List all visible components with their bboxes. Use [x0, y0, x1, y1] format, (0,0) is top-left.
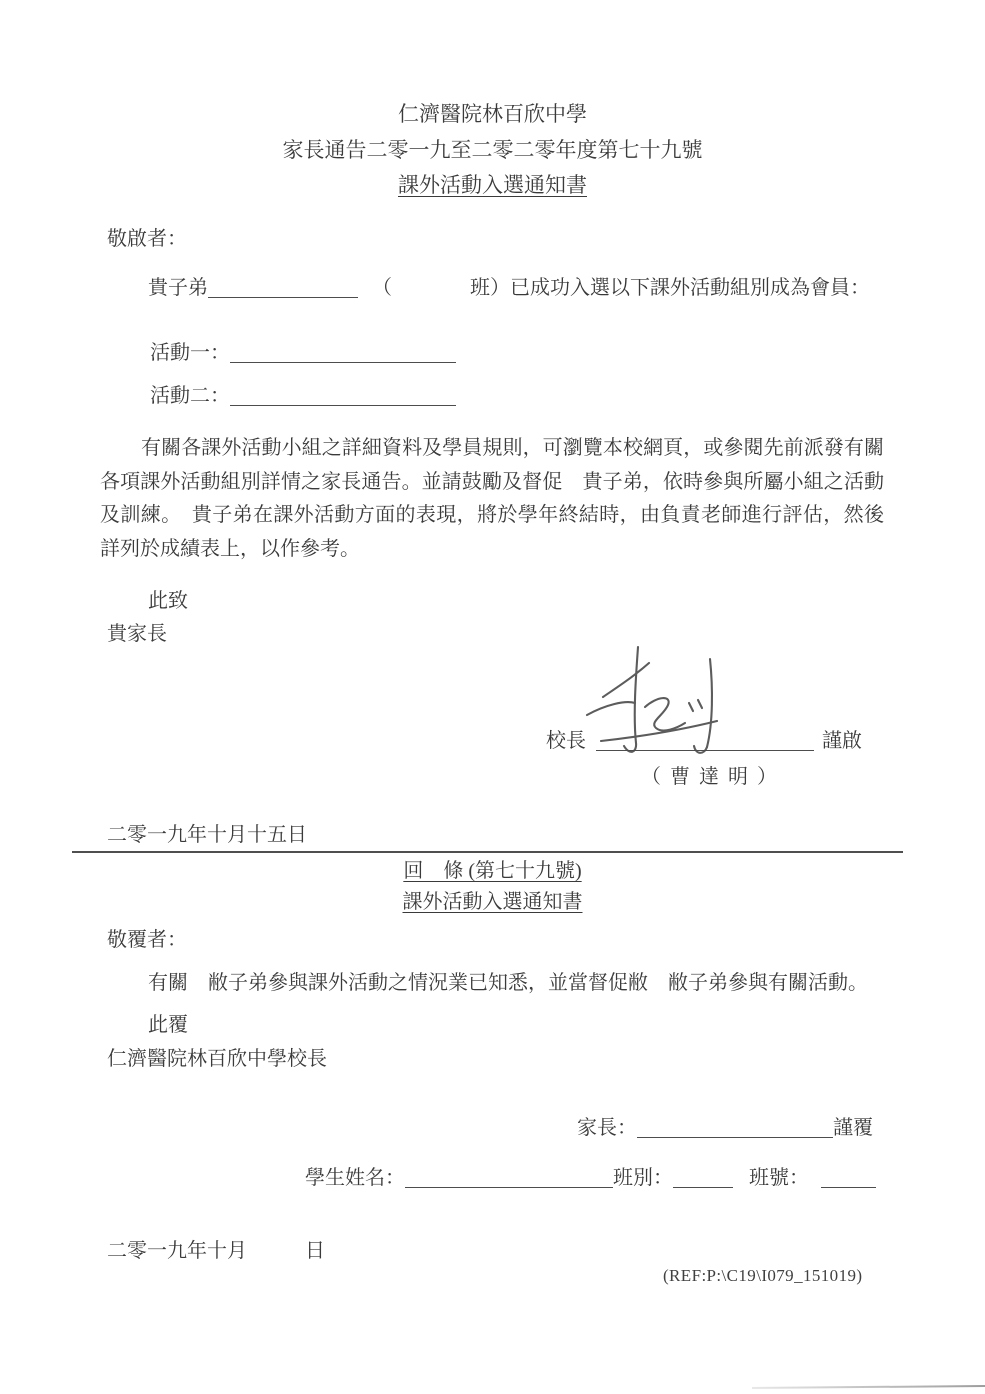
reply-heading-line2: 課外活動入選通知書 [0, 889, 985, 915]
child-label: 貴子弟 [148, 277, 208, 299]
reply-date-line: 二零一九年十月日 [107, 1238, 325, 1264]
activity-one-label: 活動一： [150, 342, 230, 364]
principal-signature-field [596, 746, 814, 751]
principal-name: （ 曹 達 明 ） [600, 764, 820, 790]
child-intro-line: 貴子弟（班）已成功入選以下課外活動組別成為會員： [148, 275, 870, 301]
principal-respectful-close: 謹啟 [822, 730, 862, 752]
notice-title: 課外活動入選通知書 [398, 173, 587, 197]
intro-after-class: 班）已成功入選以下課外活動組別成為會員： [470, 277, 870, 299]
class-label: 班別： [613, 1167, 673, 1189]
reply-class-number-field [821, 1183, 876, 1188]
class-paren-open: （ [372, 277, 392, 299]
salutation-text: 敬啟者： [107, 226, 187, 252]
scan-artifact-line [752, 1385, 985, 1389]
school-name: 仁濟醫院林百欣中學 [0, 101, 985, 128]
reply-student-name-field [405, 1183, 613, 1188]
student-info-line: 學生姓名：班別：班號： [305, 1165, 876, 1191]
reply-heading-line1: 回 條 (第七十九號) [0, 858, 985, 884]
reply-salutation: 敬覆者： [107, 927, 187, 953]
student-name-label: 學生姓名： [305, 1167, 405, 1189]
reply-heading-text1: 回 條 (第七十九號) [403, 860, 581, 882]
class-number-label: 班號： [749, 1167, 809, 1189]
body-paragraph: 有關各課外活動小組之詳細資料及學員規則，可瀏覽本校網頁，或參閱先前派發有關各項課… [100, 432, 884, 566]
reply-date-suffix: 日 [305, 1240, 325, 1262]
activity-two-field [230, 401, 456, 406]
notice-title-line: 課外活動入選通知書 [0, 172, 985, 199]
reply-heading-text2: 課外活動入選通知書 [403, 891, 583, 913]
reply-addressee: 仁濟醫院林百欣中學校長 [107, 1046, 327, 1072]
document-page: 仁濟醫院林百欣中學 家長通告二零一九至二零二零年度第七十九號 課外活動入選通知書… [0, 0, 985, 1394]
parent-signature-line: 家長：謹覆 [577, 1115, 873, 1141]
student-name-field [208, 293, 358, 298]
issue-date: 二零一九年十月十五日 [107, 822, 307, 848]
closing-recipient: 貴家長 [107, 621, 167, 647]
principal-role-label: 校長 [546, 730, 586, 752]
reply-class-field [673, 1183, 733, 1188]
parent-respectful-close: 謹覆 [833, 1117, 873, 1139]
closing-phrase: 此致 [148, 588, 188, 614]
activity-two-label: 活動二： [150, 385, 230, 407]
ref-code: (REF:P:\C19\I079_151019) [663, 1266, 862, 1286]
parent-label: 家長： [577, 1117, 637, 1139]
reply-date-prefix: 二零一九年十月 [107, 1240, 247, 1262]
reply-closing-phrase: 此覆 [148, 1012, 188, 1038]
notice-number: 家長通告二零一九至二零二零年度第七十九號 [0, 137, 985, 164]
activity-row: 活動一： [150, 340, 456, 366]
parent-signature-field [637, 1133, 833, 1138]
reply-body: 有關 敝子弟參與課外活動之情況業已知悉，並當督促敝 敝子弟參與有關活動。 [148, 970, 868, 996]
activity-row: 活動二： [150, 383, 456, 409]
signature-line: 校長謹啟 [546, 728, 862, 754]
activity-one-field [230, 358, 456, 363]
cut-line-divider [72, 851, 903, 853]
